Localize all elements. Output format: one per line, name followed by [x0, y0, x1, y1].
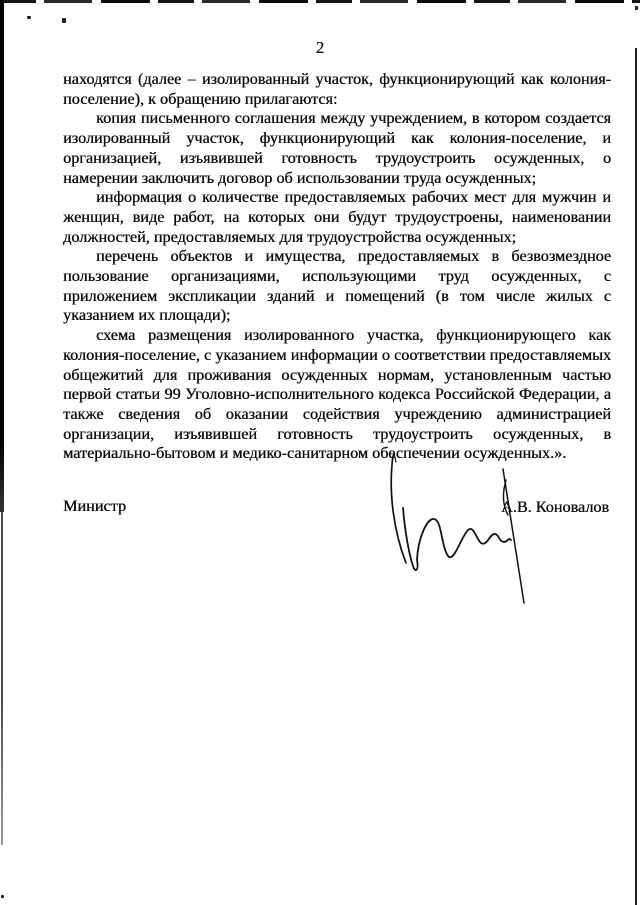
scan-speck: [635, 6, 638, 10]
document-paragraph: перечень объектов и имущества, предостав…: [63, 247, 611, 326]
document-paragraph: схема размещения изолированного участка,…: [63, 326, 611, 464]
scan-border-right: [635, 48, 637, 905]
scan-border-top: [0, 0, 640, 3]
scan-border-left-lower: [1, 512, 3, 845]
document-page: 2 находятся (далее – изолированный участ…: [0, 0, 640, 905]
document-paragraph: находятся (далее – изолированный участок…: [63, 70, 611, 109]
minister-title: Министр: [63, 497, 126, 516]
document-paragraph: копия письменного соглашения между учреж…: [63, 109, 611, 188]
page-number: 2: [0, 38, 640, 58]
scan-speck: [27, 16, 31, 19]
scan-speck: [62, 18, 66, 23]
document-body: находятся (далее – изолированный участок…: [63, 70, 611, 464]
scan-border-left: [0, 0, 4, 512]
signature-block: Министр А.В. Коновалов: [0, 497, 640, 519]
scan-speck: [1, 895, 4, 898]
signer-name: А.В. Коновалов: [501, 498, 609, 517]
document-paragraph: информация о количестве предоставляемых …: [63, 188, 611, 247]
